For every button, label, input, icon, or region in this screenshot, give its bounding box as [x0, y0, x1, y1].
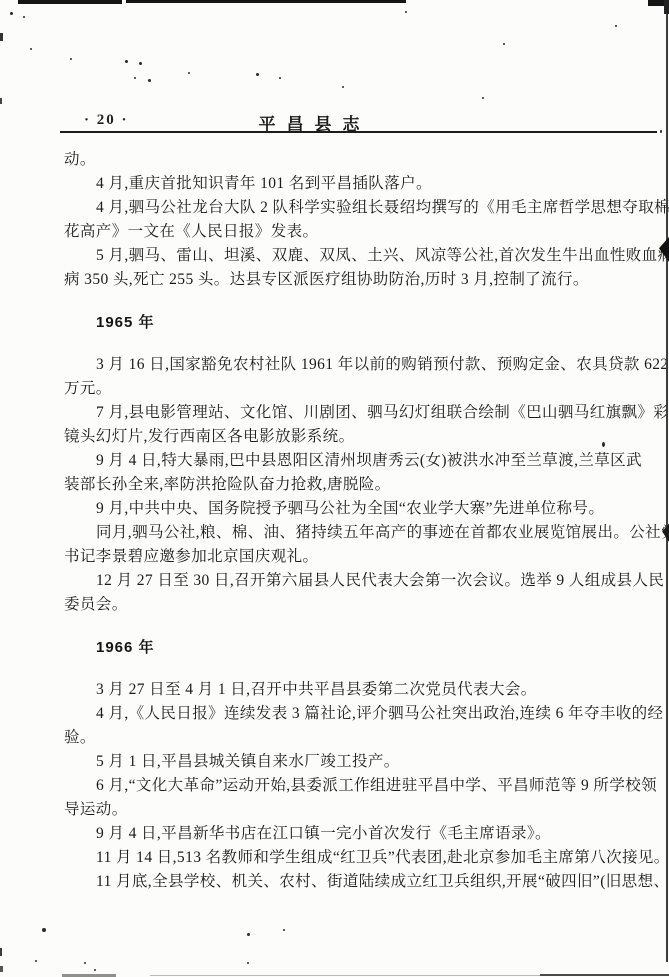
scan-speck [188, 72, 190, 74]
scan-speck [139, 62, 142, 65]
text-line: 9 月 4 日,特大暴雨,巴中县恩阳区清州坝唐秀云(女)被洪水冲至兰草渡,兰草区… [64, 449, 629, 473]
scan-speck [35, 960, 37, 962]
scan-artifact-top-band [18, 0, 122, 4]
scan-speck [482, 97, 484, 99]
scan-speck [23, 16, 25, 18]
text-line: 7 月,县电影管理站、文化馆、川剧团、驷马幻灯组联合绘制《巴山驷马红旗飘》彩色三 [64, 401, 629, 425]
scan-speck [70, 58, 72, 60]
text-line: 5 月 1 日,平昌县城关镇自来水厂竣工投产。 [64, 750, 629, 774]
scan-artifact-left-edge [0, 966, 3, 972]
text-line: 3 月 27 日至 4 月 1 日,召开中共平昌县委第二次党员代表大会。 [64, 678, 629, 702]
text-line: 3 月 16 日,国家豁免农村社队 1961 年以前的购销预付款、预购定金、农具… [64, 353, 629, 377]
scan-artifact-left-edge [0, 948, 2, 956]
year-heading: 1966 年 [64, 636, 629, 660]
scan-speck [660, 130, 662, 133]
scan-speck [405, 11, 407, 13]
content: 动。4 月,重庆首批知识青年 101 名到平昌插队落户。4 月,驷马公社龙台大队… [64, 148, 629, 894]
scanned-page: · 20 · 平昌县志 动。4 月,重庆首批知识青年 101 名到平昌插队落户。… [0, 0, 669, 977]
text-line: 11 月底,全县学校、机关、农村、街道陆续成立红卫兵组织,开展“破四旧”(旧思想… [64, 870, 629, 894]
scan-speck [125, 60, 128, 63]
scan-speck [247, 933, 250, 936]
text-line: 病 350 头,死亡 255 头。达县专区派医疗组协助防治,历时 3 月,控制了… [64, 268, 629, 292]
scan-speck [30, 48, 32, 50]
scan-speck [503, 43, 505, 45]
scan-speck [134, 77, 136, 79]
text-line: 导运动。 [64, 798, 629, 822]
scan-speck [247, 962, 249, 964]
text-line: 4 月,驷马公社龙台大队 2 队科学实验组长聂绍均撰写的《用毛主席哲学思想夺取棉 [64, 196, 629, 220]
scan-speck [42, 928, 46, 932]
scan-artifact-bottom-edge [540, 974, 669, 976]
scan-speck [94, 969, 96, 971]
scan-speck [256, 73, 259, 76]
scan-speck [615, 25, 617, 27]
scan-speck [279, 77, 281, 79]
text-line: 验。 [64, 726, 629, 750]
scan-speck [10, 12, 13, 15]
year-heading: 1965 年 [64, 311, 629, 335]
text-line: 委员会。 [64, 593, 629, 617]
scan-artifact-right-edge [664, 0, 669, 14]
scan-artifact-top-band [126, 0, 406, 3]
text-line: 装部长孙全来,率防洪抢险队奋力抢救,唐脱险。 [64, 473, 629, 497]
scan-speck [283, 929, 285, 931]
text-line: 花高产》一文在《人民日报》发表。 [64, 220, 629, 244]
scan-speck [84, 962, 86, 964]
text-line: 书记李景碧应邀参加北京国庆观礼。 [64, 545, 629, 569]
text-line: 4 月,《人民日报》连续发表 3 篇社论,评介驷马公社突出政治,连续 6 年夺丰… [64, 702, 629, 726]
text-line: 9 月 4 日,平昌新华书店在江口镇一完小首次发行《毛主席语录》。 [64, 822, 629, 846]
text-line: 万元。 [64, 377, 629, 401]
text-line: 动。 [64, 148, 629, 172]
text-line: 4 月,重庆首批知识青年 101 名到平昌插队落户。 [64, 172, 629, 196]
scan-speck [148, 79, 151, 82]
scan-artifact-left-edge [0, 33, 3, 41]
text-line: 5 月,驷马、雷山、坦溪、双鹿、双凤、土兴、风凉等公社,首次发生牛出血性败血病。… [64, 244, 629, 268]
header-rule [60, 131, 657, 133]
scan-speck [602, 442, 605, 447]
text-line: 同月,驷马公社,粮、棉、油、猪持续五年高产的事迹在首都农业展览馆展出。公社党委 [64, 521, 629, 545]
scan-speck [342, 86, 344, 88]
text-line: 11 月 14 日,513 名教师和学生组成“红卫兵”代表团,赴北京参加毛主席第… [64, 846, 629, 870]
text-line: 镜头幻灯片,发行西南区各电影放影系统。 [64, 425, 629, 449]
text-line: 12 月 27 日至 30 日,召开第六届县人民代表大会第一次会议。选举 9 人… [64, 569, 629, 593]
text-line: 9 月,中共中央、国务院授予驷马公社为全国“农业学大寨”先进单位称号。 [64, 497, 629, 521]
scan-artifact-left-edge [0, 98, 2, 104]
scan-artifact-right-edge [666, 0, 668, 962]
text-line: 6 月,“文化大革命”运动开始,县委派工作组进驻平昌中学、平昌师范等 9 所学校… [64, 774, 629, 798]
